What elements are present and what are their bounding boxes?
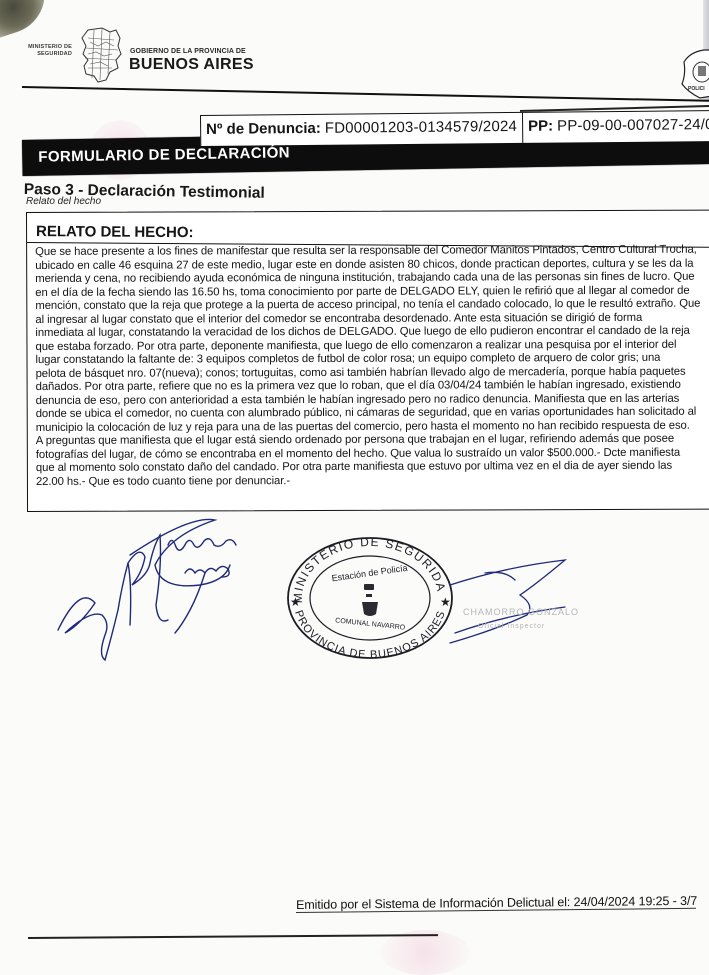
denuncia-number-label: Nº de Denuncia: xyxy=(206,120,321,138)
relato-line: que al momento solo constato daño del ca… xyxy=(36,460,709,476)
officer-name-stamp: CHAMORRO GONZALO xyxy=(463,607,579,617)
step-subtitle: Relato del hecho xyxy=(26,196,101,207)
footer-divider xyxy=(28,934,438,938)
paper-stain xyxy=(380,930,470,975)
province-map-icon xyxy=(80,26,122,84)
police-station-stamp: MINISTERIO DE SEGURIDAD PROVINCIA DE BUE… xyxy=(280,520,460,660)
svg-text:POLICI: POLICI xyxy=(688,86,705,92)
denuncia-info-box: Nº de Denuncia: FD00001203-0134579/2024 … xyxy=(200,110,709,146)
denuncia-number-value: FD00001203-0134579/2024 xyxy=(325,118,517,137)
police-badge-icon: POLICI xyxy=(680,48,709,100)
stamp-star-icon: ★ xyxy=(290,595,301,609)
form-title: FORMULARIO DE DECLARACIÓN xyxy=(38,144,290,165)
header-divider xyxy=(22,86,709,102)
svg-text:Estación de Policía: Estación de Policía xyxy=(331,563,408,584)
officer-rank-stamp: Oficial Inspector xyxy=(478,623,545,630)
document-page: MINISTERIO DE SEGURIDAD GOBIERNO DE LA P… xyxy=(0,0,709,975)
denuncia-number-cell: Nº de Denuncia: FD00001203-0134579/2024 xyxy=(201,113,522,146)
pp-cell: PP: PP-09-00-007027-24/0 xyxy=(522,111,709,143)
ministry-label-line2: SEGURIDAD xyxy=(22,51,72,58)
officer-signature xyxy=(445,545,605,655)
relato-heading: RELATO DEL HECHO: xyxy=(27,213,709,248)
government-label: GOBIERNO DE LA PROVINCIA DE xyxy=(130,48,246,55)
relato-text: Que se hace presente a los fines de mani… xyxy=(27,241,709,489)
declarant-signature xyxy=(50,515,260,665)
svg-text:COMUNAL NAVARRO: COMUNAL NAVARRO xyxy=(335,617,406,631)
ministry-label-line1: MINISTERIO DE xyxy=(22,44,72,51)
relato-box: RELATO DEL HECHO: Que se hace presente a… xyxy=(26,210,709,512)
scan-corner-shadow xyxy=(0,0,55,38)
province-name: BUENOS AIRES xyxy=(129,56,254,74)
pp-value: PP-09-00-007027-24/0 xyxy=(557,116,709,135)
pp-label: PP: xyxy=(528,118,553,135)
ministry-label: MINISTERIO DE SEGURIDAD xyxy=(22,44,72,58)
relato-line: 22.00 hs.- Que es todo cuanto tiene por … xyxy=(36,473,709,489)
